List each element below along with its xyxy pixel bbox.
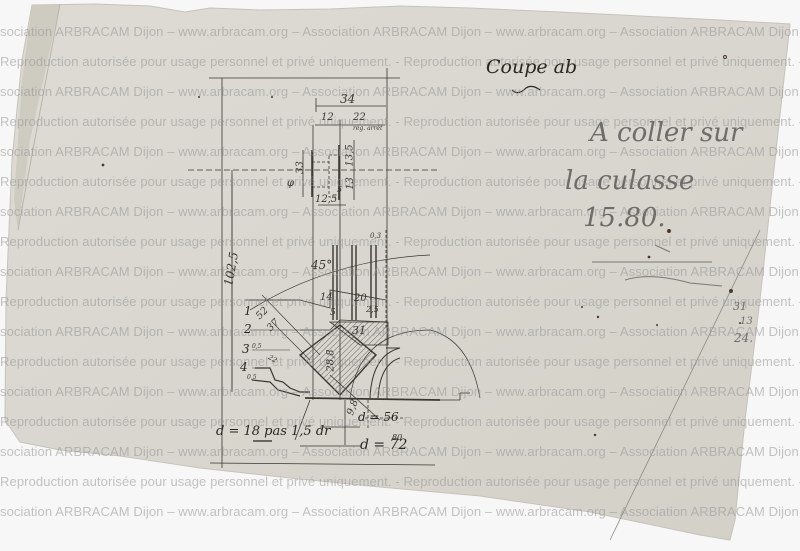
pencil-note-line-1: A coller sur (590, 118, 742, 148)
dim-fin-root: 5 (330, 308, 336, 318)
drawing-title: Coupe ab (486, 56, 577, 78)
dim-right-seg-note: rég. arrêt (353, 125, 382, 132)
dim-slot-low: 13 (345, 177, 356, 190)
dim-31: 31 (352, 324, 366, 337)
dim-top-width: 34 (340, 92, 355, 106)
row-label-1: 1 (244, 304, 252, 318)
diameter-inner: d = 56 (358, 410, 399, 424)
dim-angle: 45° (311, 258, 332, 272)
pencil-note-line-2: la culasse (565, 166, 694, 196)
row-small-label: 0,5 (252, 343, 262, 350)
dim-fin-tip: 0,3 (370, 232, 381, 240)
dim-left-seg: 12 (321, 112, 334, 123)
dim-slot-small: 13,5 (345, 144, 356, 166)
margin-note-line-3: 24. (734, 331, 753, 345)
dim-fin-width: 14 (320, 292, 333, 303)
pencil-note-line-3: 15.80. (583, 203, 666, 233)
row-label-4: 4 (240, 360, 248, 374)
dim-right-seg: 22 (353, 112, 366, 123)
dim-slot-height: 33 (295, 161, 306, 174)
dim-28-8: 28,8 (326, 349, 337, 371)
dim-slot-base: 12,5 (315, 194, 337, 205)
dim-phi: φ (287, 178, 294, 189)
margin-note-line-2: 13 (740, 316, 753, 327)
dim-slot-gap: 5 (337, 185, 342, 194)
margin-note-line-1: 31 (733, 300, 747, 313)
scanned-document: sociation ARBRACAM Dijon – www.arbracam.… (0, 0, 800, 551)
row-small-label: 0,5 (247, 374, 257, 381)
diameter-outer-sup: 80 (392, 433, 402, 442)
dim-fin-pitch: 20 (354, 293, 367, 304)
row-label-3: 3 (242, 342, 250, 356)
thread-formula: d = 18 pas 1,5 dr (216, 424, 330, 439)
row-label-2: 2 (244, 322, 252, 336)
paper-sheet (0, 0, 800, 551)
dim-fin-base: 2,5 (366, 305, 379, 314)
